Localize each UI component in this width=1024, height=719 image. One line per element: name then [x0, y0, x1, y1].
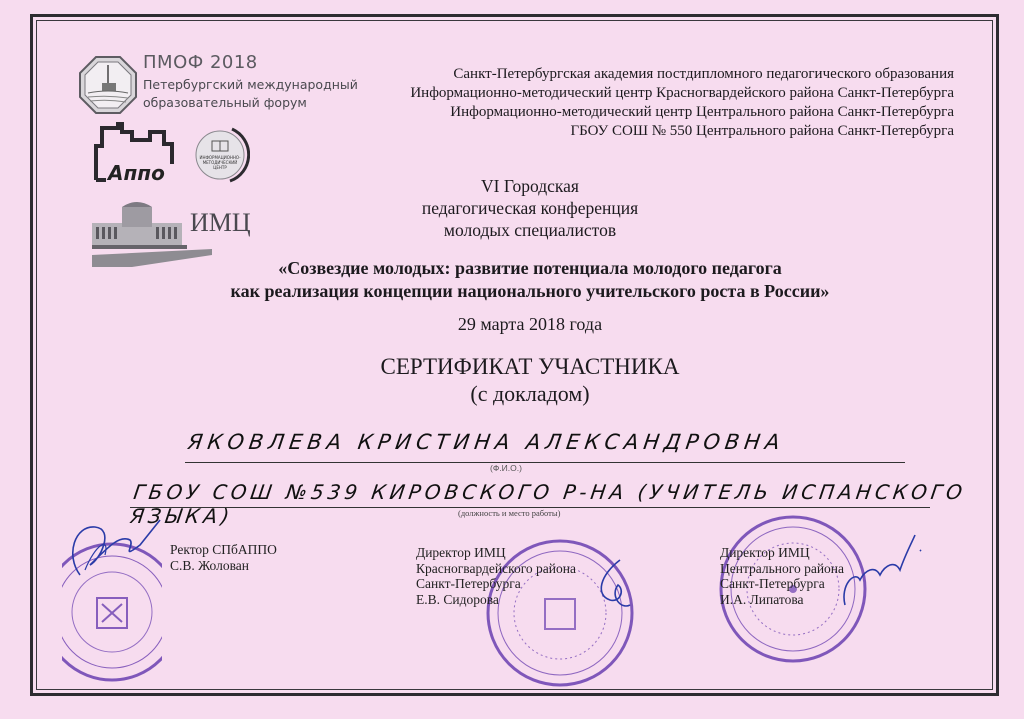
imc-logo-text: ИМЦ [190, 208, 251, 238]
certificate-subtitle: (с докладом) [100, 381, 960, 407]
conference-line: молодых специалистов [380, 219, 680, 241]
name-field-label: (Ф.И.О.) [490, 463, 522, 473]
pmof-subtitle-line: Петербургский международный [143, 76, 358, 94]
conference-topic: «Созвездие молодых: развитие потенциала … [100, 257, 960, 303]
handwritten-signature-icon [835, 530, 935, 610]
pmof-logo-title: ПМОФ 2018 [143, 52, 258, 73]
organizers-list: Санкт-Петербургская академия постдипломн… [410, 65, 954, 141]
signatory-rector: Ректор СПбАППО С.В. Жолован [170, 542, 277, 573]
organizer-line: Санкт-Петербургская академия постдипломн… [410, 65, 954, 84]
appo-label: Аппо [106, 161, 165, 184]
position-field-label: (должность и место работы) [458, 508, 560, 518]
building-outline-icon: Аппо [92, 122, 187, 184]
signatory-name: Е.В. Сидорова [416, 592, 576, 608]
recipient-position: ГБОУ СОШ №539 КИРОВСКОГО Р-НА (УЧИТЕЛЬ И… [129, 480, 1024, 528]
signatory-name: И.А. Липатова [720, 592, 844, 608]
signatory-imc-krasnogvardeysky: Директор ИМЦ Красногвардейского района С… [416, 545, 576, 607]
pmof-subtitle-line: образовательный форум [143, 94, 358, 112]
conference-date: 29 марта 2018 года [100, 314, 960, 335]
conference-title: VI Городская педагогическая конференция … [380, 175, 680, 241]
signatory-title: Санкт-Петербурга [720, 576, 844, 592]
pmof-logo-subtitle: Петербургский международный образователь… [143, 76, 358, 112]
peter-and-paul-fortress-octagon-icon [78, 55, 138, 115]
signatory-title: Санкт-Петербурга [416, 576, 576, 592]
conference-line: педагогическая конференция [380, 197, 680, 219]
certificate-title: СЕРТИФИКАТ УЧАСТНИКА [100, 353, 960, 380]
organizer-line: Информационно-методический центр Красног… [410, 84, 954, 103]
signatory-title: Директор ИМЦ [416, 545, 576, 561]
signatory-title: Директор ИМЦ [720, 545, 844, 561]
signatory-name: С.В. Жолован [170, 558, 277, 574]
signatory-title: Ректор СПбАППО [170, 542, 277, 558]
recipient-name: ЯКОВЛЕВА КРИСТИНА АЛЕКСАНДРОВНА [186, 430, 786, 454]
organizer-line: Информационно-методический центр Централ… [410, 103, 954, 122]
globe-book-icon: ИНФОРМАЦИОННО- МЕТОДИЧЕСКИЙ ЦЕНТР [190, 125, 250, 185]
svg-text:ЦЕНТР: ЦЕНТР [213, 165, 227, 170]
handwritten-signature-icon [590, 555, 640, 615]
handwritten-signature-icon [60, 515, 180, 585]
conference-line: VI Городская [380, 175, 680, 197]
signatory-title: Красногвардейского района [416, 561, 576, 577]
signatory-imc-central: Директор ИМЦ Центрального района Санкт-П… [720, 545, 844, 607]
topic-line: как реализация концепции национального у… [100, 280, 960, 303]
name-underline [185, 462, 905, 463]
topic-line: «Созвездие молодых: развитие потенциала … [100, 257, 960, 280]
signatory-title: Центрального района [720, 561, 844, 577]
organizer-line: ГБОУ СОШ № 550 Центрального района Санкт… [410, 122, 954, 141]
